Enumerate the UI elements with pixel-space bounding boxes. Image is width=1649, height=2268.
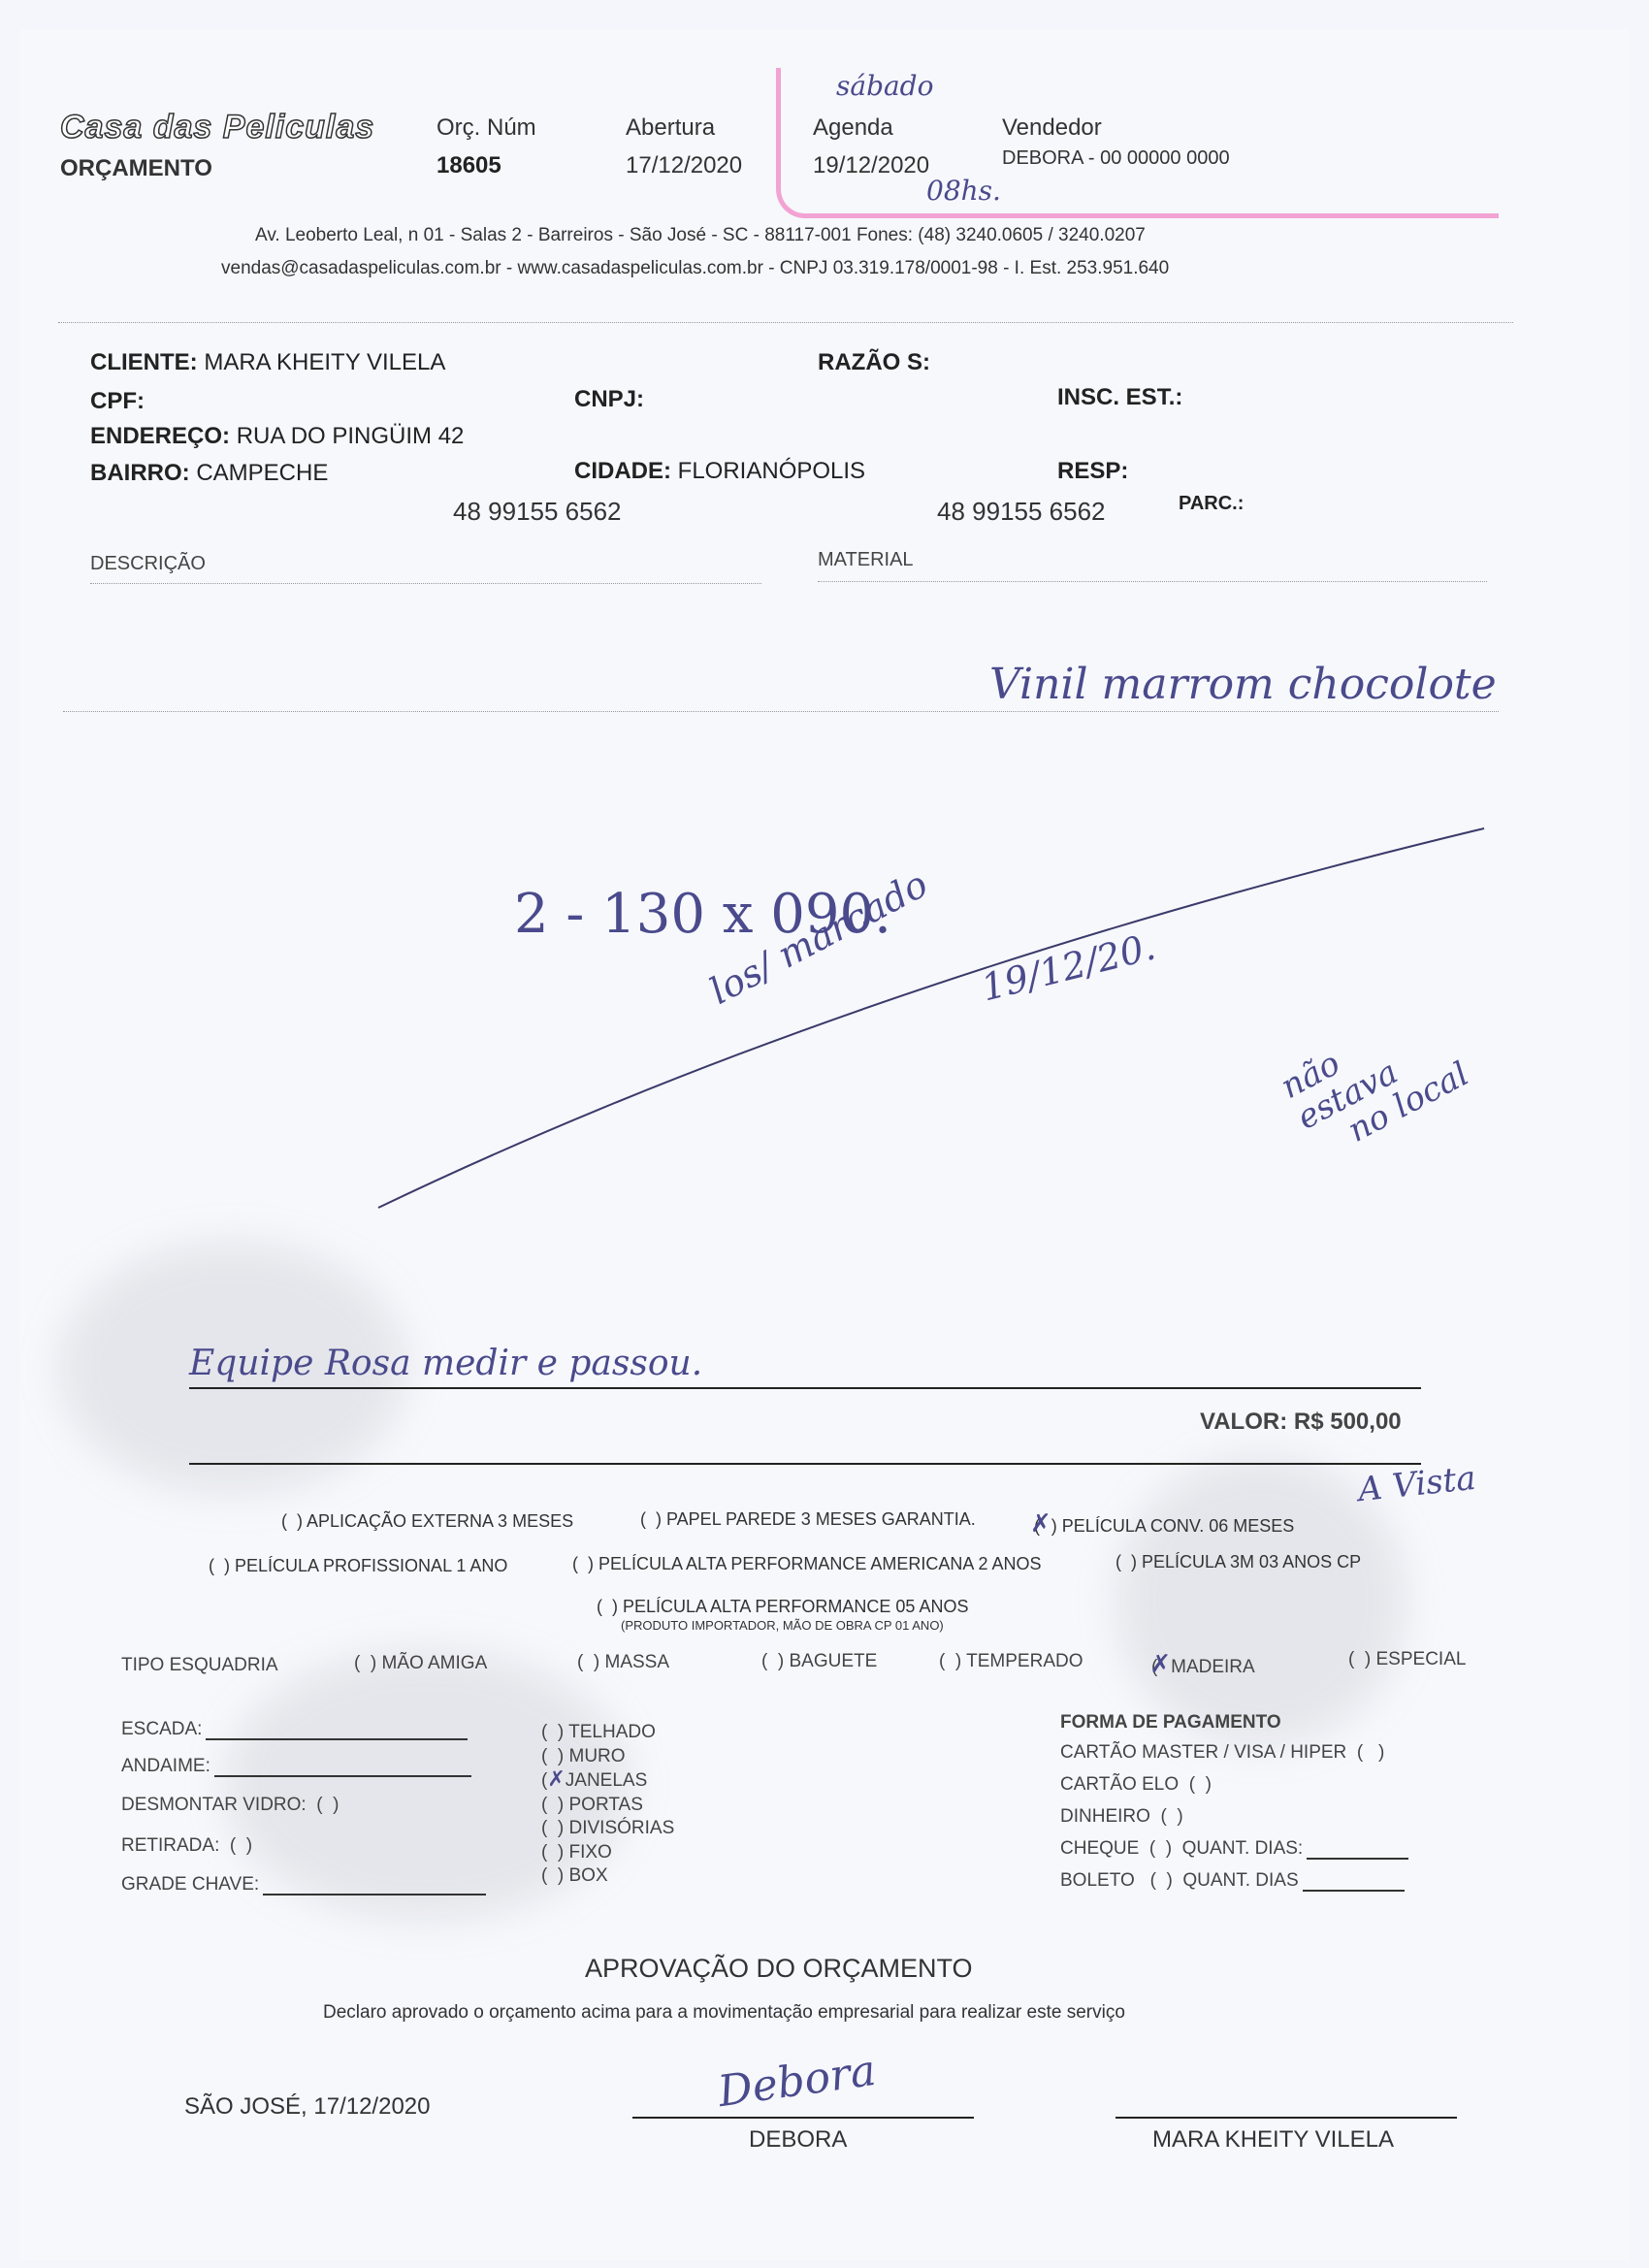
cnpj-label: CNPJ: (574, 386, 644, 413)
option-boleto[interactable]: BOLETO ( ) QUANT. DIAS (1060, 1870, 1405, 1892)
abertura-date: 17/12/2020 (626, 152, 742, 179)
check-mark-icon: ✗ (547, 1767, 565, 1792)
retirada-label: RETIRADA: (121, 1835, 219, 1856)
divider (63, 711, 1499, 712)
option-aplicacao-externa[interactable]: ( ) APLICAÇÃO EXTERNA 3 MESES (281, 1511, 573, 1532)
option-label: PORTAS (569, 1795, 643, 1815)
option-label: PAPEL PAREDE 3 MESES GARANTIA. (666, 1509, 976, 1529)
descricao-label: DESCRIÇÃO (90, 553, 206, 575)
place-date: SÃO JOSÉ, 17/12/2020 (184, 2093, 431, 2121)
signer-2: MARA KHEITY VILELA (1152, 2126, 1394, 2154)
option-telhado[interactable]: ( ) TELHADO (541, 1721, 674, 1745)
option-label: CHEQUE (1060, 1838, 1139, 1859)
phone-2: 48 99155 6562 (937, 497, 1106, 527)
insc-label: INSC. EST.: (1057, 384, 1182, 411)
option-label: JANELAS (566, 1770, 647, 1791)
cidade-field: CIDADE: FLORIANÓPOLIS (574, 458, 865, 485)
address-field: ENDEREÇO: RUA DO PINGÜIM 42 (90, 423, 464, 450)
option-mao-amiga[interactable]: ( ) MÃO AMIGA (354, 1653, 487, 1674)
signature-line (1115, 2117, 1457, 2119)
option-label: BOLETO (1060, 1870, 1135, 1891)
option-label: TELHADO (568, 1722, 656, 1742)
option-label: TEMPERADO (966, 1651, 1083, 1671)
option-label: PELÍCULA PROFISSIONAL 1 ANO (235, 1556, 507, 1575)
cidade-label: CIDADE: (574, 458, 671, 484)
option-pelicula-05-anos[interactable]: ( ) PELÍCULA ALTA PERFORMANCE 05 ANOS (597, 1597, 968, 1617)
option-label: BOX (569, 1865, 608, 1886)
retirada-field[interactable]: RETIRADA: ( ) (121, 1835, 252, 1857)
bairro-field: BAIRRO: CAMPECHE (90, 460, 328, 487)
option-baguete[interactable]: ( ) BAGUETE (761, 1651, 877, 1672)
option-label: FIXO (569, 1842, 612, 1863)
resp-label: RESP: (1057, 458, 1128, 485)
option-label: APLICAÇÃO EXTERNA 3 MESES (307, 1511, 573, 1531)
signer-1: DEBORA (749, 2126, 847, 2154)
divider (58, 322, 1513, 323)
option-label: PELÍCULA ALTA PERFORMANCE AMERICANA 2 AN… (598, 1554, 1041, 1573)
desmontar-label: DESMONTAR VIDRO: (121, 1795, 307, 1815)
valor-field: VALOR: R$ 500,00 (1200, 1409, 1402, 1436)
option-label: CARTÃO ELO (1060, 1774, 1179, 1795)
approval-title: APROVAÇÃO DO ORÇAMENTO (585, 1954, 973, 1984)
option-label: DIVISÓRIAS (569, 1818, 675, 1838)
approval-text: Declaro aprovado o orçamento acima para … (323, 2002, 1125, 2024)
option-madeira[interactable]: (✗MADEIRA (1151, 1650, 1255, 1679)
option-papel-parede[interactable]: ( ) PAPEL PAREDE 3 MESES GARANTIA. (640, 1509, 976, 1530)
andaime-label: ANDAIME: (121, 1756, 210, 1776)
orc-num: 18605 (436, 152, 501, 179)
option-label: MADEIRA (1171, 1657, 1255, 1677)
grade-label: GRADE CHAVE: (121, 1874, 259, 1895)
option-label: PELÍCULA 3M 03 ANOS CP (1142, 1552, 1361, 1571)
bairro-value: CAMPECHE (196, 460, 328, 486)
brand-logo: Casa das Peliculas (60, 109, 374, 146)
option-divisorias[interactable]: ( ) DIVISÓRIAS (541, 1817, 674, 1841)
abertura-label: Abertura (626, 114, 715, 142)
option-portas[interactable]: ( ) PORTAS (541, 1794, 674, 1818)
team-note: Equipe Rosa medir e passou. (189, 1344, 702, 1383)
option-pelicula-conv[interactable]: (✗) PELÍCULA CONV. 06 MESES (1034, 1509, 1294, 1539)
razao-label: RAZÃO S: (818, 349, 930, 376)
divider (90, 583, 761, 584)
option-massa[interactable]: ( ) MASSA (577, 1652, 669, 1673)
option-cheque[interactable]: CHEQUE ( ) QUANT. DIAS: (1060, 1838, 1408, 1860)
option-label: MASSA (605, 1652, 670, 1672)
option-pelicula-3m[interactable]: ( ) PELÍCULA 3M 03 ANOS CP (1115, 1552, 1361, 1572)
doc-type: ORÇAMENTO (60, 155, 212, 182)
locais-list: ( ) TELHADO ( ) MURO (✗JANELAS ( ) PORTA… (541, 1721, 674, 1889)
option-muro[interactable]: ( ) MURO (541, 1745, 674, 1769)
option-janelas[interactable]: (✗JANELAS (541, 1768, 674, 1794)
desmontar-field[interactable]: DESMONTAR VIDRO: ( ) (121, 1795, 339, 1816)
client-label: CLIENTE: (90, 349, 198, 375)
option-label: CARTÃO MASTER / VISA / HIPER (1060, 1742, 1346, 1763)
dias-label: QUANT. DIAS: (1182, 1838, 1304, 1859)
pagamento-title: FORMA DE PAGAMENTO (1060, 1712, 1281, 1733)
dias-label: QUANT. DIAS (1182, 1870, 1298, 1891)
material-label: MATERIAL (818, 549, 914, 571)
option-label: DINHEIRO (1060, 1806, 1150, 1827)
option-box[interactable]: ( ) BOX (541, 1864, 674, 1889)
option-label: PELÍCULA ALTA PERFORMANCE 05 ANOS (623, 1597, 968, 1616)
option-elo[interactable]: CARTÃO ELO ( ) (1060, 1774, 1212, 1796)
divider (818, 581, 1487, 582)
option-sub-note: (PRODUTO IMPORTADOR, MÃO DE OBRA CP 01 A… (621, 1618, 944, 1633)
valor-amount: R$ 500,00 (1294, 1409, 1402, 1435)
andaime-field[interactable]: ANDAIME: (121, 1756, 471, 1777)
option-dinheiro[interactable]: DINHEIRO ( ) (1060, 1806, 1183, 1828)
check-mark-icon: ✗ (1030, 1509, 1051, 1539)
divider (189, 1387, 1421, 1389)
tipo-esquadria-label: TIPO ESQUADRIA (121, 1655, 278, 1676)
address-value: RUA DO PINGÜIM 42 (237, 423, 465, 449)
option-pelicula-americana[interactable]: ( ) PELÍCULA ALTA PERFORMANCE AMERICANA … (572, 1554, 1041, 1574)
cpf-label: CPF: (90, 388, 145, 415)
grade-chave-field[interactable]: GRADE CHAVE: (121, 1874, 486, 1895)
valor-label: VALOR: (1200, 1409, 1287, 1435)
highlight-mark (776, 68, 1499, 218)
option-temperado[interactable]: ( ) TEMPERADO (939, 1651, 1083, 1672)
material-note: Vinil marrom chocolote (989, 660, 1497, 709)
cidade-value: FLORIANÓPOLIS (678, 458, 865, 484)
option-label: ESPECIAL (1376, 1649, 1467, 1669)
option-especial[interactable]: ( ) ESPECIAL (1348, 1649, 1466, 1670)
check-mark-icon: ✗ (1149, 1650, 1171, 1679)
option-label: MÃO AMIGA (382, 1653, 488, 1673)
option-cartao[interactable]: CARTÃO MASTER / VISA / HIPER ( ) (1060, 1742, 1384, 1764)
client-name-field: CLIENTE: MARA KHEITY VILELA (90, 349, 445, 376)
bairro-label: BAIRRO: (90, 460, 190, 486)
orc-num-label: Orç. Núm (436, 114, 536, 142)
company-contact: vendas@casadaspeliculas.com.br - www.cas… (221, 258, 1169, 279)
divider (189, 1463, 1421, 1465)
option-fixo[interactable]: ( ) FIXO (541, 1841, 674, 1865)
signature-line (632, 2117, 974, 2119)
address-label: ENDEREÇO: (90, 423, 230, 449)
option-label: BAGUETE (790, 1651, 878, 1671)
parc-label: PARC.: (1179, 493, 1244, 515)
option-label: PELÍCULA CONV. 06 MESES (1062, 1516, 1294, 1536)
company-address: Av. Leoberto Leal, n 01 - Salas 2 - Barr… (255, 225, 1146, 246)
option-label: MURO (569, 1746, 626, 1766)
phone-1: 48 99155 6562 (453, 497, 622, 527)
escada-label: ESCADA: (121, 1719, 202, 1739)
option-pelicula-profissional[interactable]: ( ) PELÍCULA PROFISSIONAL 1 ANO (209, 1556, 507, 1576)
escada-field[interactable]: ESCADA: (121, 1719, 468, 1740)
client-name: MARA KHEITY VILELA (204, 349, 445, 375)
